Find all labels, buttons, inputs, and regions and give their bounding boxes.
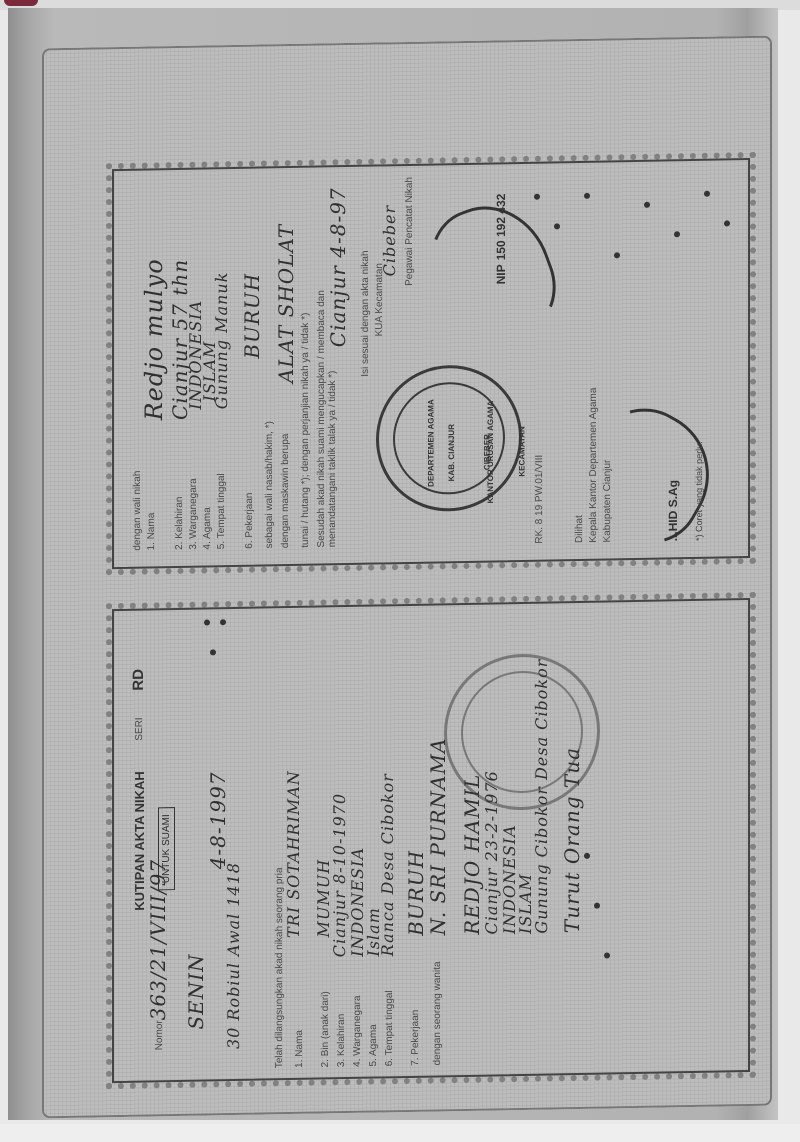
suami-pekerjaan-value: BURUH: [404, 850, 428, 936]
maskawin-label: dengan maskawin berupa: [280, 433, 291, 548]
left-label-kelahiran: 3. Kelahiran: [336, 1014, 347, 1068]
suami-kelahiran-value: Cianjur 8-10-1970: [330, 793, 349, 958]
wali-label-kelahiran: 2. Kelahiran: [174, 497, 185, 551]
place-date-value: Cianjur 4-8-97: [326, 187, 350, 347]
istri-nama-value: N. SRI PURNAMA: [426, 737, 450, 935]
kua-stamp: DEPARTEMEN AGAMA KAB. CIANJUR KANTOR URU…: [376, 364, 522, 513]
tanggal-value: 4-8-1997: [206, 771, 230, 869]
register-ref: RK. 8 19 PW.01/VIII: [534, 455, 545, 544]
hari-value: SENIN: [184, 953, 208, 1030]
wali-label-nama: 1. Nama: [146, 513, 157, 551]
binder-tab: [4, 0, 38, 6]
marriage-certificate: dengan wali nikah 1. Nama 2. Kelahiran 3…: [42, 36, 772, 1119]
document-title: KUTIPAN AKTA NIKAH: [132, 771, 147, 911]
official-name: ...HID S.Ag: [666, 480, 680, 542]
left-label-tempat-tinggal: 6. Tempat tinggal: [384, 990, 395, 1066]
left-label-warganegara: 4. Warganegara: [352, 995, 363, 1067]
left-label-nama: 1. Nama: [294, 1030, 305, 1068]
wali-label-pekerjaan: 6. Pekerjaan: [244, 492, 255, 548]
pengesahan-line1: Isi sesuai dengan akta nikah: [360, 250, 371, 376]
istri-section-label: dengan seorang wanita: [432, 961, 443, 1065]
pengesahan-line3: Pegawai Pencatat Nikah: [404, 177, 415, 286]
wali-pekerjaan-value: BURUH: [240, 273, 264, 359]
left-label-pekerjaan: 7. Pekerjaan: [410, 1010, 421, 1066]
wali-tempat-tinggal-value: Gunung Manuk: [212, 272, 231, 410]
suami-tempat-tinggal-value: Ranca Desa Cibokor: [378, 773, 397, 957]
wali-nasab-label: sebagai wali nasab/hakim, *): [264, 421, 275, 548]
nip-label: NIP: [494, 264, 508, 284]
office-line1: Dilihat: [574, 515, 585, 543]
page-wali: dengan wali nikah 1. Nama 2. Kelahiran 3…: [112, 158, 750, 569]
wali-label-tempat-tinggal: 5. Tempat tinggal: [216, 473, 227, 549]
signature-kepala: [561, 389, 733, 560]
wali-nama-value: Redjo mulyo: [140, 258, 168, 421]
suami-nama-value: TRI SOTAHRIMAN: [284, 770, 303, 938]
seri-label: SERI: [134, 717, 145, 741]
signature-ppn: [414, 188, 570, 357]
tunai-hutang-label: tunai / hutang *); dengan perjanjian nik…: [300, 313, 311, 548]
seri-value: RD: [130, 669, 147, 691]
bottom-edge: [0, 1124, 800, 1142]
left-label-agama: 5. Agama: [368, 1024, 379, 1066]
wali-label-warganegara: 3. Warganegara: [188, 478, 199, 550]
tanggal-hijri-value: 30 Robiul Awal 1418: [224, 862, 243, 1049]
kecamatan-value: Cibeber: [380, 205, 399, 277]
nomor-value: 363/21/VIII/97: [146, 859, 170, 1021]
maskawin-value: ALAT SHOLAT: [274, 224, 298, 384]
wali-intro-label: dengan wali nikah: [132, 471, 143, 551]
wali-label-agama: 4. Agama: [202, 507, 213, 549]
footnote: *) Coret yang tidak perlu.: [694, 441, 704, 541]
left-label-bin: 2. Bin (anak dari): [320, 991, 331, 1067]
page-header-couple: KUTIPAN AKTA NIKAH SERI RD UNTUK SUAMI N…: [112, 598, 750, 1083]
nomor-label: Nomor: [154, 1020, 165, 1050]
nip-value: 150 192 432: [494, 194, 508, 261]
